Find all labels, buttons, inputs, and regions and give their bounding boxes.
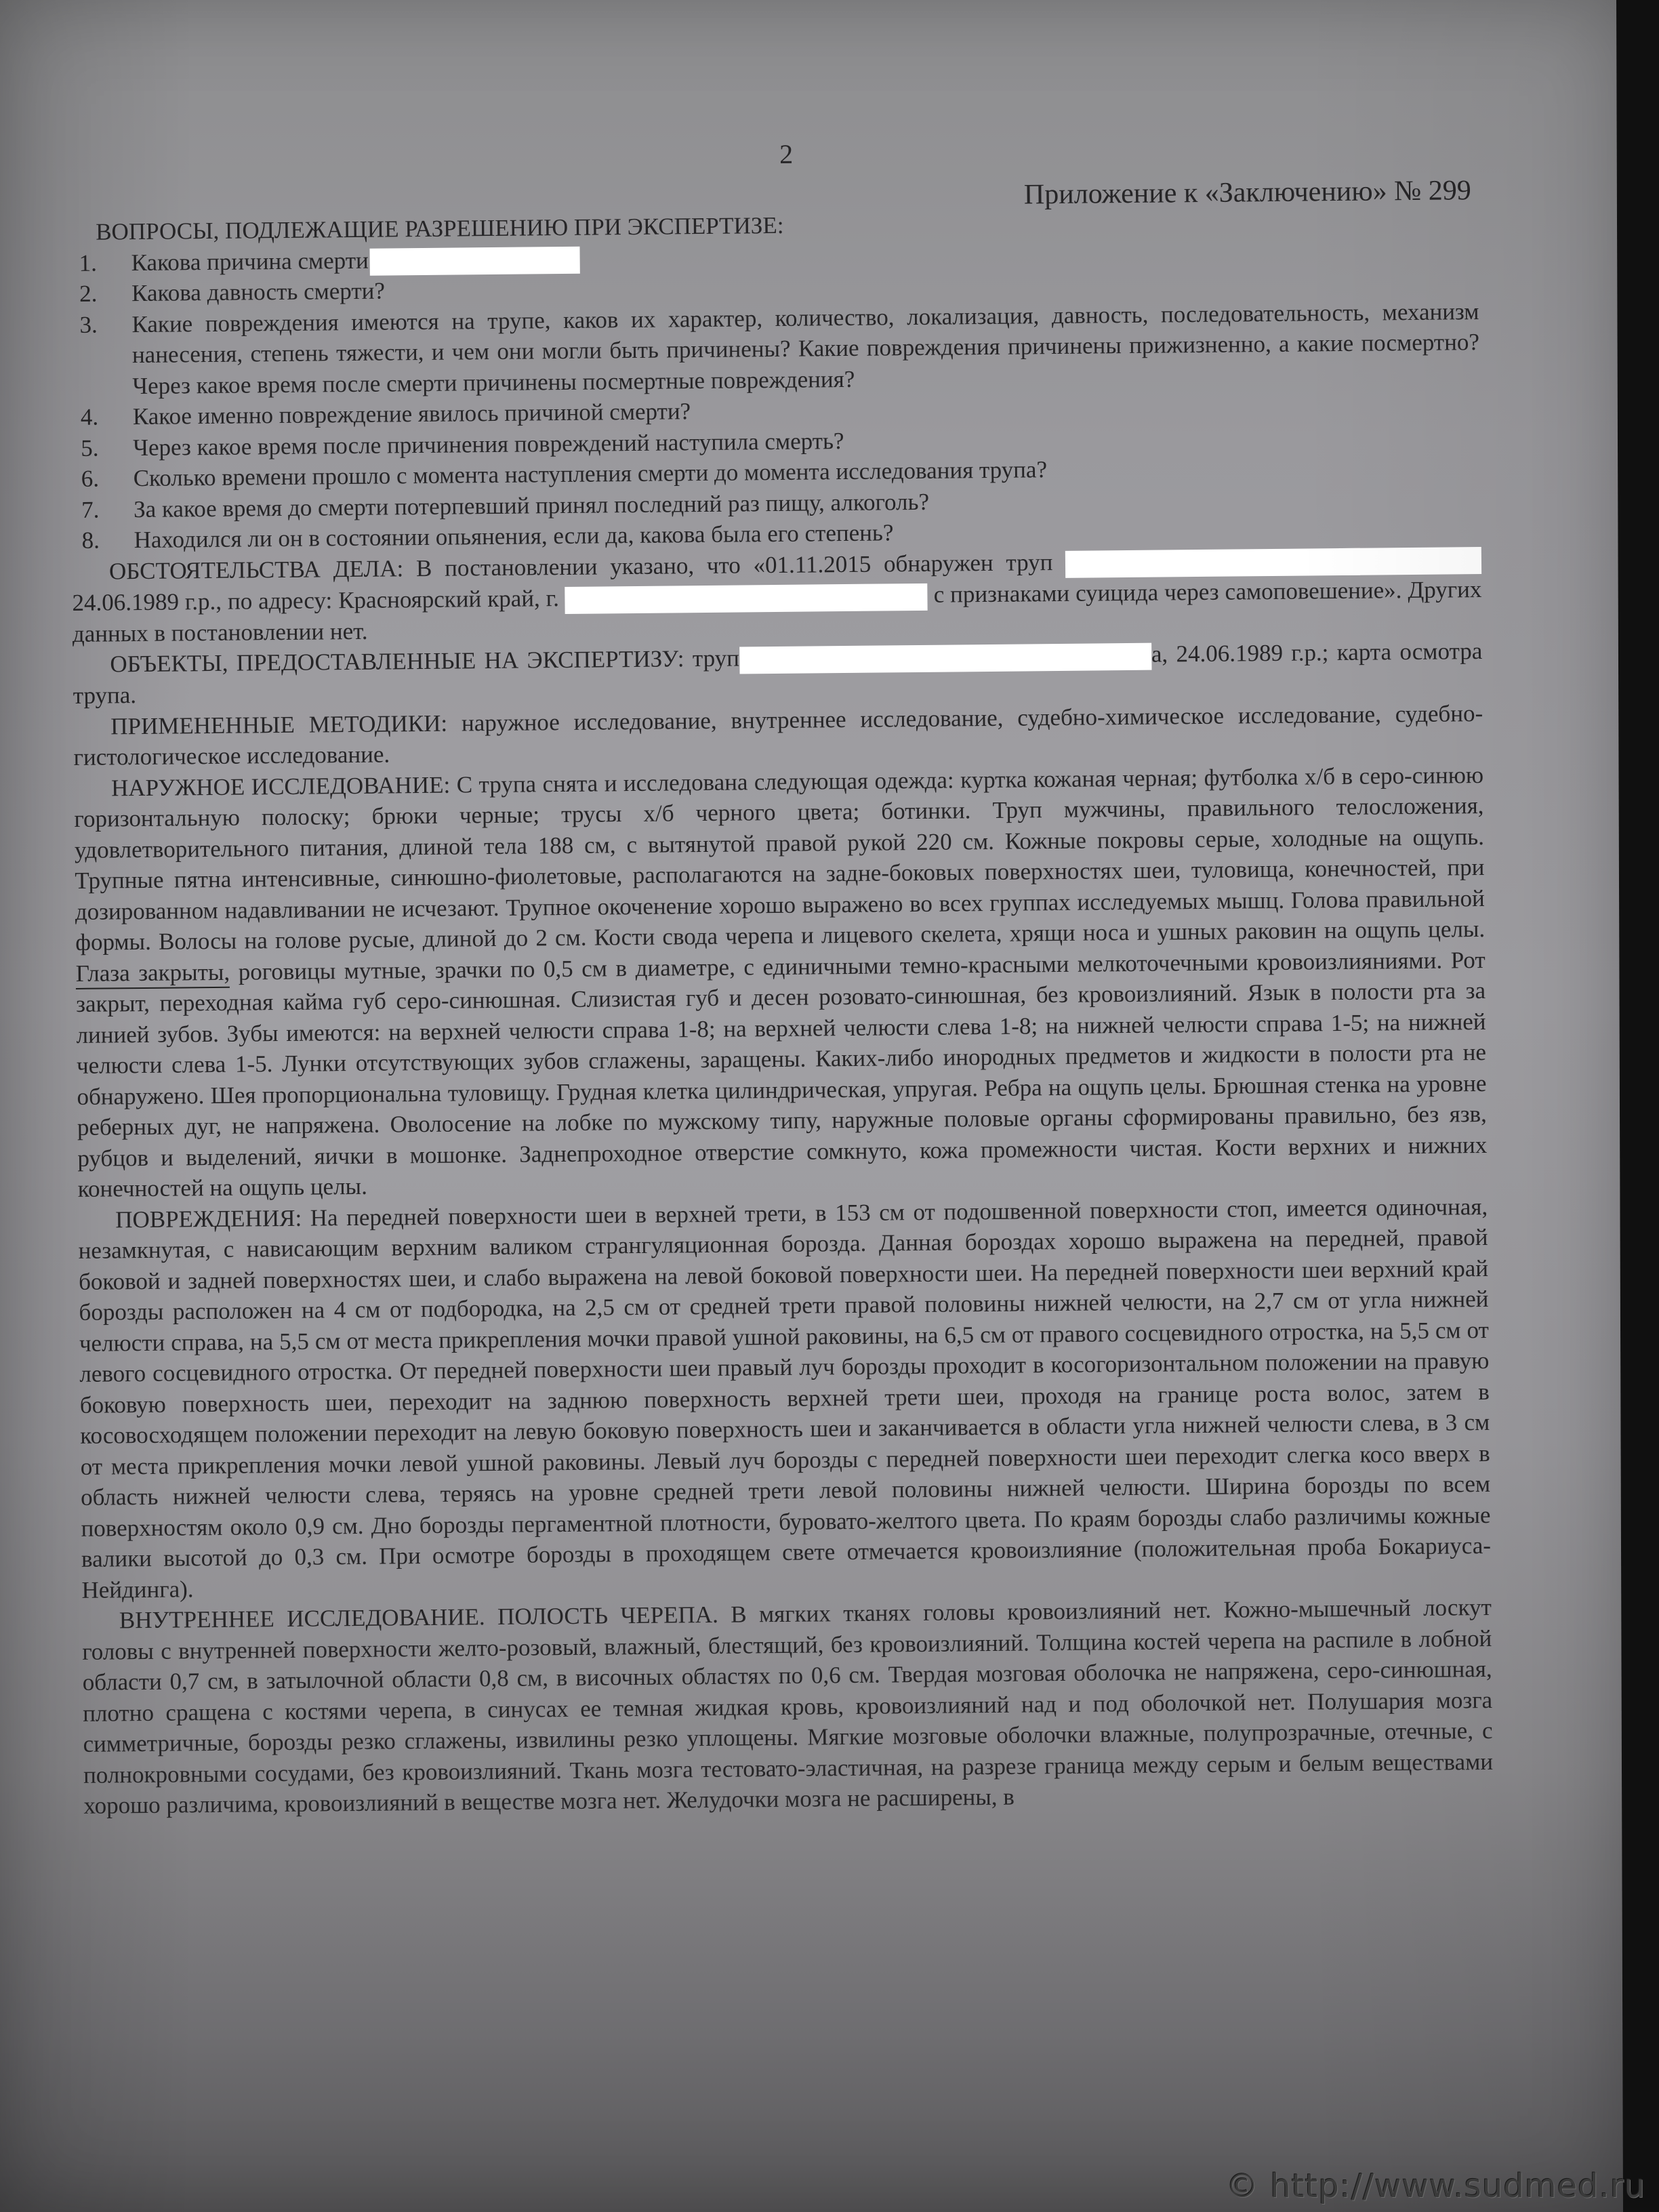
injuries-section: ПОВРЕЖДЕНИЯ: На передней поверхности шеи… [78, 1191, 1492, 1605]
section-heading: ОБСТОЯТЕЛЬСТВА ДЕЛА: [109, 555, 404, 584]
redaction-box [565, 583, 928, 614]
redaction-box [739, 643, 1151, 674]
section-heading: ПРИМЕНЕННЫЕ МЕТОДИКИ: [110, 710, 447, 740]
question-text: За какое время до смерти потерпевший при… [134, 489, 929, 523]
section-text: труп [684, 645, 739, 672]
section-heading: ПОВРЕЖДЕНИЯ: [115, 1205, 302, 1233]
redaction-box [1065, 548, 1360, 578]
question-item: 3. Какие повреждения имеются на трупе, к… [69, 296, 1479, 402]
circumstances-section: ОБСТОЯТЕЛЬСТВА ДЕЛА: В постановлении ука… [72, 543, 1482, 649]
internal-exam-section: ВНУТРЕННЕЕ ИССЛЕДОВАНИЕ. ПОЛОСТЬ ЧЕРЕПА.… [82, 1592, 1494, 1821]
section-text: роговицы мутные, зрачки по 0,5 см в диам… [76, 947, 1487, 1202]
redaction-box [370, 247, 580, 276]
question-text: Какова причина смерти [131, 247, 368, 275]
question-text: Какие повреждения имеются на трупе, како… [131, 298, 1479, 399]
watermark: © http://www.sudmed.ru [1226, 2167, 1645, 2205]
question-text: Через какое время после причинения повре… [133, 428, 844, 461]
section-text: В постановлении указано, что «01.11.2015… [403, 549, 1053, 581]
section-text: На передней поверхности шеи в верхней тр… [78, 1193, 1491, 1603]
section-heading: ВНУТРЕННЕЕ ИССЛЕДОВАНИЕ. ПОЛОСТЬ ЧЕРЕПА. [119, 1601, 718, 1633]
question-number: 8. [81, 525, 100, 556]
question-number: 1. [79, 247, 97, 279]
question-number: 5. [81, 433, 99, 464]
page-number: 2 [95, 132, 1477, 176]
question-text: Какое именно повреждение явилось причино… [133, 398, 691, 430]
document-body: 2 Приложение к «Заключению» № 299 ВОПРОС… [68, 132, 1494, 1822]
question-number: 3. [79, 310, 98, 341]
question-text: Какова давность смерти? [131, 278, 385, 307]
document-photo: 2 Приложение к «Заключению» № 299 ВОПРОС… [0, 0, 1659, 2212]
redaction-box [1339, 547, 1481, 575]
question-number: 6. [81, 464, 100, 495]
question-number: 4. [81, 402, 99, 433]
paper-sheet: 2 Приложение к «Заключению» № 299 ВОПРОС… [0, 0, 1623, 2212]
section-heading: ОБЪЕКТЫ, ПРЕДОСТАВЛЕННЫЕ НА ЭКСПЕРТИЗУ: [110, 646, 684, 678]
question-text: Находился ли он в состоянии опьянения, е… [134, 520, 893, 554]
section-text: 24.06.1989 г.р., по адресу: Красноярский… [72, 585, 565, 616]
questions-list: 1. Какова причина смерти 2. Какова давно… [68, 234, 1481, 556]
external-exam-section: НАРУЖНОЕ ИССЛЕДОВАНИЕ: С трупа снята и и… [74, 760, 1488, 1205]
question-number: 2. [79, 279, 98, 310]
question-number: 7. [81, 495, 100, 526]
section-heading: НАРУЖНОЕ ИССЛЕДОВАНИЕ: [111, 772, 451, 802]
underlined-text: Глаза закрыты, [76, 959, 230, 989]
